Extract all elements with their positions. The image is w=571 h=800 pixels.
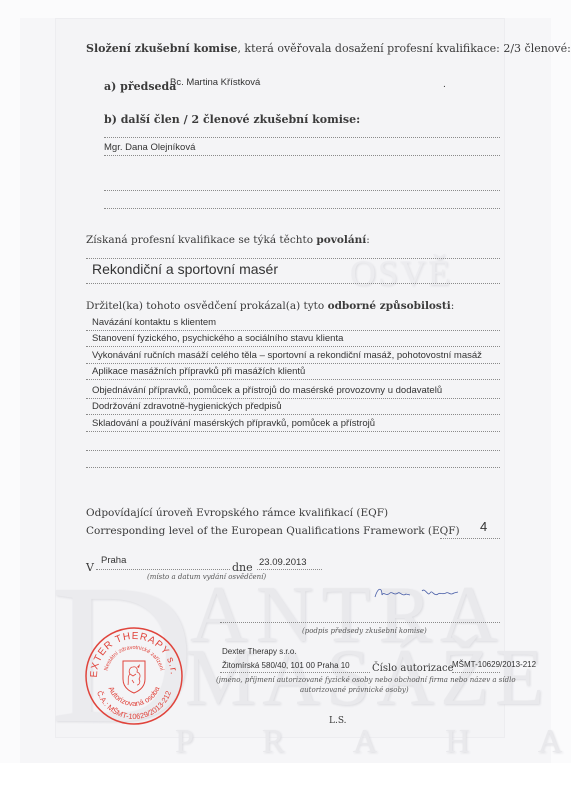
authorized-line	[220, 672, 370, 673]
member-3	[104, 192, 500, 209]
authorized-caption-2: autorizované právnické osoby)	[300, 686, 409, 694]
competency-item: Navázání kontaktu s klientem	[86, 314, 500, 331]
authorized-name: Dexter Therapy s.r.o.	[222, 647, 297, 656]
place-date-caption: (místo a datum vydání osvědčení)	[147, 573, 266, 581]
certificate-page: OSVĚ D ANTRA MASÁŽE PRAHA Složení zkušeb…	[0, 0, 571, 800]
ls-mark: L.S.	[329, 716, 347, 726]
chair-dot: .	[443, 80, 446, 90]
committee-heading-bold: Složení zkušební komise	[86, 42, 237, 55]
occupation-line-bottom	[86, 283, 500, 284]
issue-place: Praha	[101, 555, 126, 566]
official-stamp: DEXTER THERAPY s.r.o. Nestátní zdravotni…	[83, 625, 185, 727]
auth-number-label: Číslo autorizace	[372, 663, 454, 674]
authorized-address: Žitomírská 580/40, 101 00 Praha 10	[222, 661, 350, 670]
occupation-label-suffix: :	[366, 234, 370, 246]
competency-item: Dodržování zdravotně-hygienických předpi…	[86, 398, 500, 415]
authorized-caption-1: (jméno, příjmení autorizované fyzické os…	[216, 676, 516, 684]
svg-text:Autorizovaná osoba: Autorizovaná osoba	[107, 684, 162, 708]
eqf-level-line	[440, 538, 500, 539]
competency-item: Stanovení fyzického, psychického a sociá…	[86, 330, 500, 347]
date-line	[257, 569, 322, 570]
place-prefix: V	[86, 561, 94, 574]
auth-number-value: MŠMT-10629/2013-212	[452, 660, 536, 669]
committee-heading: Složení zkušební komise, která ověřovala…	[86, 42, 571, 55]
members-label: b) další člen / 2 členové zkušební komis…	[104, 113, 360, 126]
signature-line	[220, 622, 500, 623]
competencies-label: Držitel(ka) tohoto osvědčení prokázal(a)…	[86, 300, 454, 312]
members-line-top	[104, 137, 500, 138]
eqf-level-value: 4	[480, 519, 487, 534]
competency-item	[86, 451, 500, 468]
occupation-label-bold: povolání	[316, 234, 366, 246]
chair-label: a) předseda	[104, 80, 176, 93]
bottom-margin	[0, 763, 571, 800]
member-1: Mgr. Dana Olejníková	[104, 139, 500, 156]
competency-item: Vykonávání ručních masáží celého těla – …	[86, 347, 500, 364]
signature-caption: (podpis předsedy zkušební komise)	[302, 627, 427, 635]
competencies-label-prefix: Držitel(ka) tohoto osvědčení prokázal(a)…	[86, 300, 328, 312]
place-line	[96, 569, 230, 570]
committee-heading-rest: , která ověřovala dosažení profesní kval…	[237, 42, 570, 55]
competency-item: Aplikace masážních přípravků při masážíc…	[86, 363, 500, 380]
occupation-value: Rekondiční a sportovní masér	[92, 261, 278, 277]
competency-item: Skladování a používání masérských přípra…	[86, 415, 500, 432]
occupation-label-prefix: Získaná profesní kvalifikace se týká těc…	[86, 234, 316, 246]
eqf-label-cz: Odpovídající úroveň Evropského rámce kva…	[86, 507, 388, 519]
competencies-label-bold: odborné způsobilosti	[328, 300, 451, 312]
eqf-label-en: Corresponding level of the European Qual…	[86, 525, 460, 537]
occupation-label: Získaná profesní kvalifikace se týká těc…	[86, 234, 370, 246]
competency-item	[86, 434, 500, 451]
chair-signature	[370, 583, 490, 605]
auth-number-line	[452, 672, 500, 673]
svg-text:DEXTER THERAPY s.r.o.: DEXTER THERAPY s.r.o.	[83, 625, 179, 678]
competencies-label-suffix: :	[451, 300, 455, 312]
occupation-line-top	[86, 258, 500, 259]
competency-item: Objednávání přípravků, pomůcek a přístro…	[86, 382, 500, 399]
member-2	[104, 174, 500, 191]
chair-value: Bc. Martina Křístková	[170, 77, 260, 88]
issue-date: 23.09.2013	[259, 557, 307, 568]
